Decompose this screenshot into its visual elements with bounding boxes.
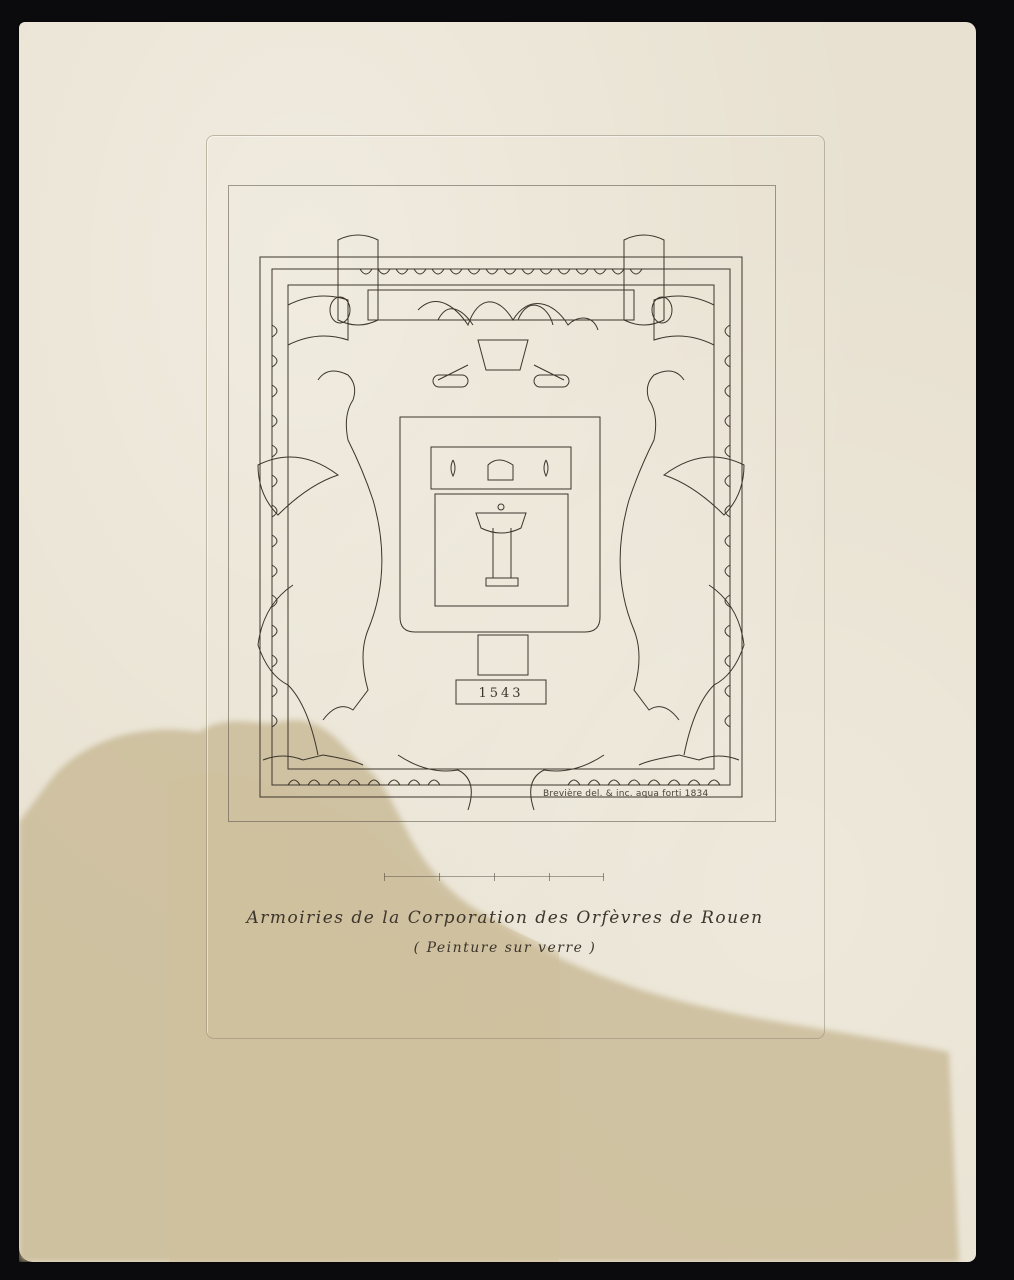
- egg-dart-top: [360, 269, 642, 274]
- covered-cup: [476, 513, 526, 533]
- artwork-subtitle: ( Peinture sur verre ): [220, 940, 790, 956]
- artwork-title: Armoiries de la Corporation des Orfèvres…: [220, 908, 790, 928]
- fleur-de-lis: [451, 460, 548, 476]
- griffin-left: [258, 371, 471, 810]
- griffin-right: [531, 371, 744, 810]
- frame-outer: [260, 257, 742, 797]
- date-text: 1543: [478, 686, 523, 701]
- egg-dart-bottom: [288, 780, 720, 785]
- shield-chief: [431, 447, 571, 489]
- engraver-signature: Brevière del. & inc. aqua forti 1834: [543, 789, 723, 799]
- banner-scroll: [288, 235, 714, 345]
- egg-dart-sides: [272, 325, 730, 727]
- shield: [400, 417, 600, 632]
- paschal-lamb: [488, 460, 513, 480]
- shield-field: [435, 494, 568, 606]
- coat-of-arms-engraving: 1543: [228, 185, 774, 820]
- scale-bar: [384, 876, 604, 887]
- brazier-flames: [418, 302, 598, 387]
